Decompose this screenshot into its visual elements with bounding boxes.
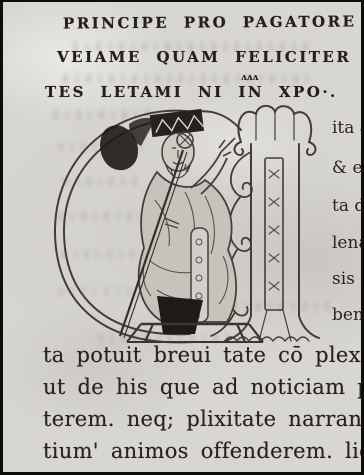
margin-text-fragment: bene — [332, 305, 361, 325]
body-text-line: tium' animos offenderem. lice — [43, 439, 361, 463]
margin-text-fragment: & ex — [332, 158, 361, 178]
body-text-line: ut de his que ad noticiam puenit — [43, 375, 361, 399]
body-text-line: terem. neq; plixitate narrand — [43, 407, 361, 431]
heading-line-1: PRINCIPE PRO PAGATORE ET DE FE — [63, 12, 361, 33]
heading-text: TES LETAMI NI IN XPO·. — [45, 83, 338, 101]
foliate-capital — [234, 106, 315, 155]
column-stem — [225, 144, 319, 341]
show-through-band — [63, 74, 313, 83]
margin-text-fragment: sis sin — [332, 269, 361, 289]
manuscript-photo: PRINCIPE PRO PAGATORE ET DE FE VEIAME QU… — [0, 0, 364, 475]
historiated-initial-drawing — [45, 100, 325, 350]
seat-shadow — [157, 296, 203, 334]
heading-line-3: ʌʌʌ TES LETAMI NI IN XPO·. — [45, 83, 338, 101]
heading-text: PRINCIPE PRO PAGATORE ET DE FE — [63, 12, 361, 33]
heading-line-2: VEIAME QUAM FELICITER REG ECR — [57, 48, 361, 66]
body-text-line: ta potuit breui tate cō plexus fi — [43, 343, 361, 367]
parchment-page: PRINCIPE PRO PAGATORE ET DE FE VEIAME QU… — [3, 2, 361, 472]
abbreviation-mark: ʌʌʌ — [241, 73, 258, 83]
heading-text: VEIAME QUAM FELICITER — [57, 48, 351, 66]
margin-text-fragment: ita a — [332, 118, 361, 138]
margin-text-fragment: lena — [332, 233, 361, 253]
margin-text-fragment: ta d — [332, 196, 361, 216]
